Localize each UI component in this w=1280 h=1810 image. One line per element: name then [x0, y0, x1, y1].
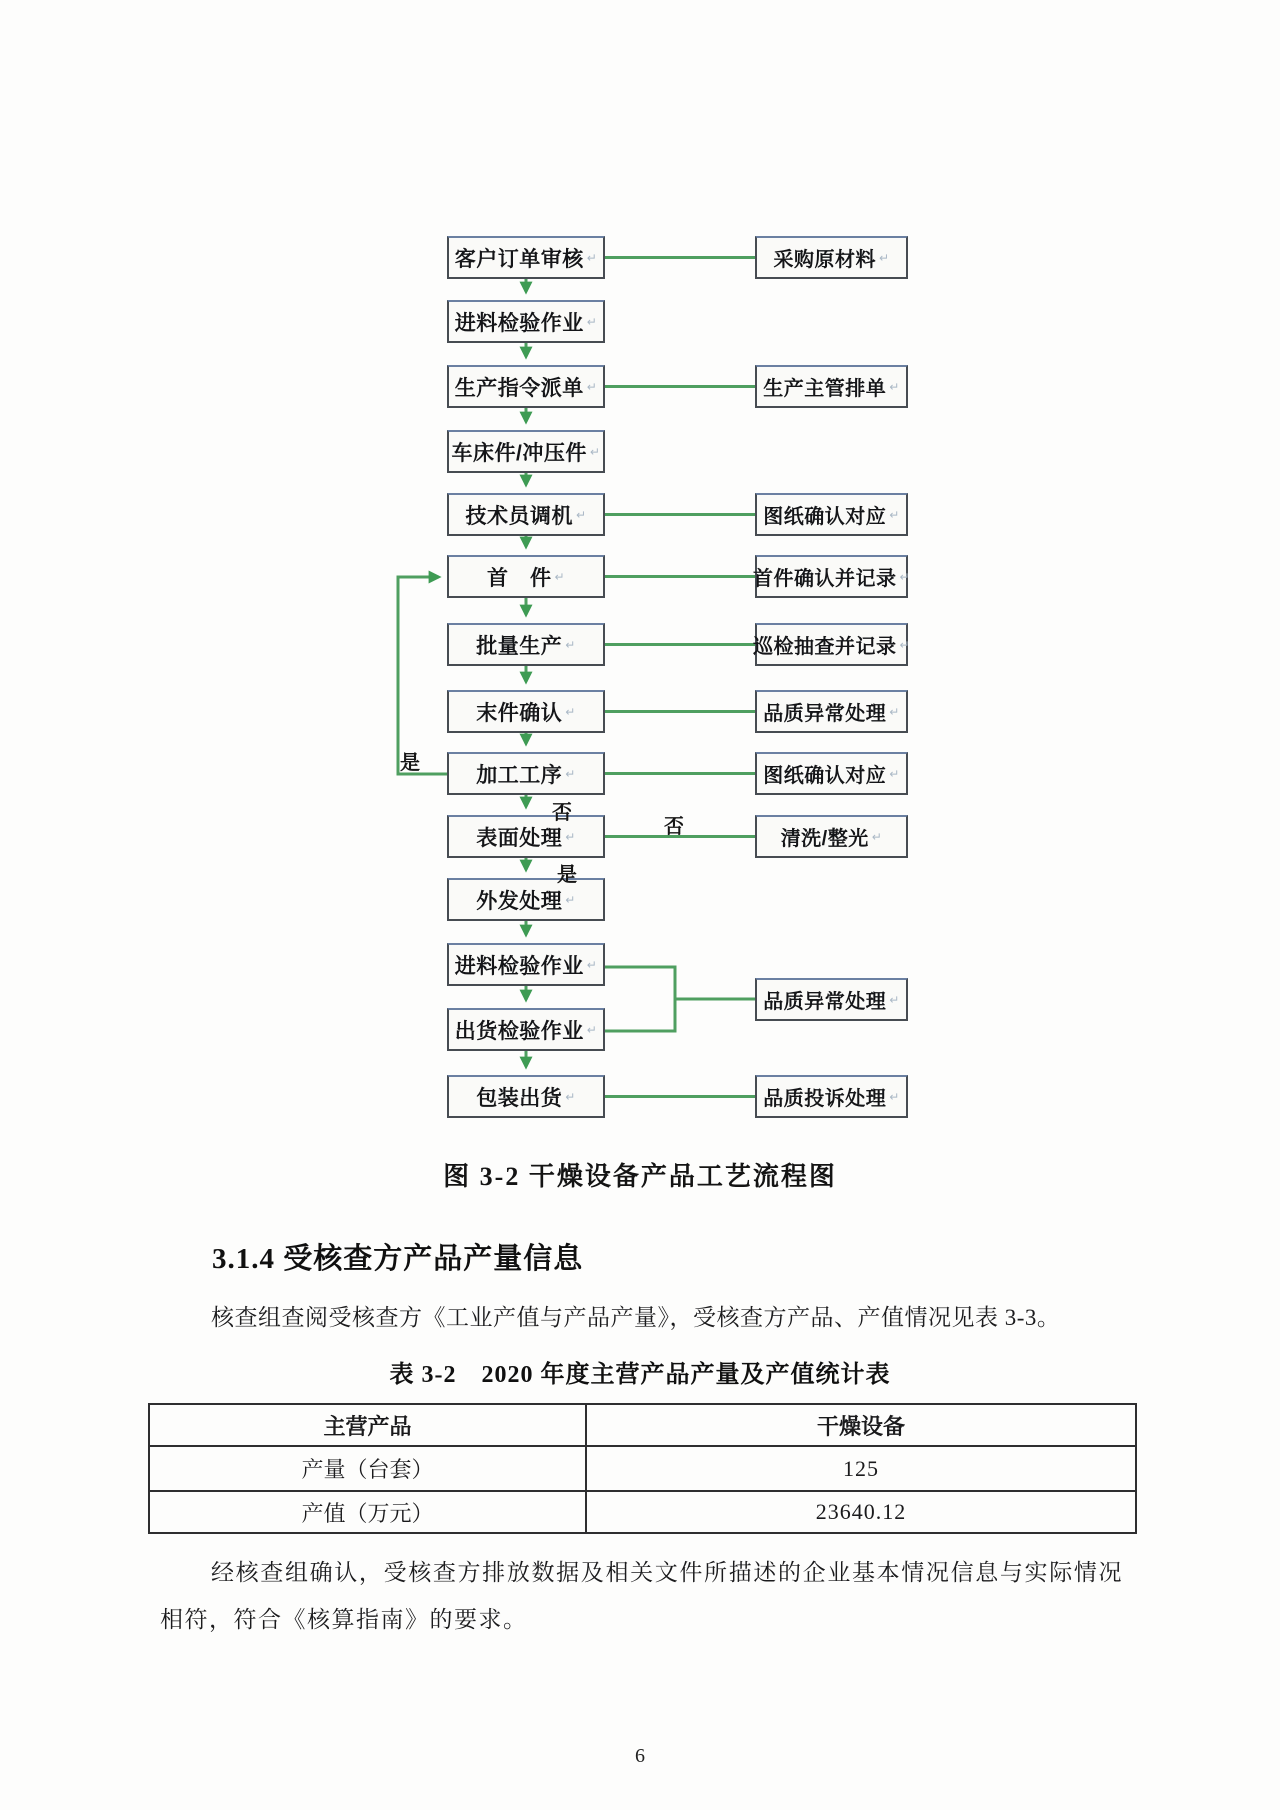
flow-box-right-1: 生产主管排单↵ — [755, 365, 908, 408]
flow-box-right-2: 图纸确认对应↵ — [755, 493, 908, 536]
table-row: 产量（台套） 125 — [149, 1446, 1136, 1491]
figure-caption: 图 3-2 干燥设备产品工艺流程图 — [0, 1156, 1280, 1193]
return-mark: ↵ — [590, 445, 601, 459]
return-mark: ↵ — [889, 705, 900, 719]
return-mark: ↵ — [587, 380, 598, 394]
return-mark: ↵ — [565, 767, 576, 781]
flow-box-left-4: 技术员调机↵ — [447, 493, 605, 536]
return-mark: ↵ — [565, 893, 576, 907]
flow-box-left-0: 客户订单审核↵ — [447, 236, 605, 279]
flow-horizontal-connectors — [605, 258, 755, 1097]
return-mark: ↵ — [879, 251, 890, 265]
return-mark: ↵ — [889, 1090, 900, 1104]
page-number: 6 — [0, 1745, 1280, 1768]
flow-box-left-7: 末件确认↵ — [447, 690, 605, 733]
table-header-drying-equipment: 干燥设备 — [586, 1404, 1136, 1446]
table-header-row: 主营产品 干燥设备 — [149, 1404, 1136, 1446]
return-mark: ↵ — [565, 638, 576, 652]
flow-box-left-10: 外发处理↵ — [447, 878, 605, 921]
flow-box-right-0: 采购原材料↵ — [755, 236, 908, 279]
return-mark: ↵ — [565, 830, 576, 844]
product-output-table: 主营产品 干燥设备 产量（台套） 125 产值（万元） 23640.12 — [148, 1403, 1137, 1534]
flow-junction — [605, 967, 755, 1031]
flow-box-left-8: 加工工序↵ — [447, 752, 605, 795]
return-mark: ↵ — [889, 508, 900, 522]
flow-box-left-13: 包装出货↵ — [447, 1075, 605, 1118]
section-heading: 3.1.4 受核查方产品产量信息 — [212, 1236, 583, 1277]
flow-box-left-3: 车床件/冲压件↵ — [447, 430, 605, 473]
flow-box-left-1: 进料检验作业↵ — [447, 300, 605, 343]
return-mark: ↵ — [899, 638, 910, 652]
flow-box-left-6: 批量生产↵ — [447, 623, 605, 666]
return-mark: ↵ — [587, 251, 598, 265]
document-page: 客户订单审核↵ 进料检验作业↵ 生产指令派单↵ 车床件/冲压件↵ 技术员调机↵ … — [0, 0, 1280, 1810]
table-cell-value-label: 产值（万元） — [149, 1491, 586, 1533]
flow-box-right-3: 首件确认并记录↵ — [755, 555, 908, 598]
flow-loop-arrow — [398, 577, 447, 774]
flow-box-right-7: 清洗/整光↵ — [755, 815, 908, 858]
process-flowchart: 客户订单审核↵ 进料检验作业↵ 生产指令派单↵ 车床件/冲压件↵ 技术员调机↵ … — [340, 190, 960, 1135]
flow-box-left-5: 首 件↵ — [447, 555, 605, 598]
table-cell-value-value: 23640.12 — [586, 1491, 1136, 1533]
flow-box-left-2: 生产指令派单↵ — [447, 365, 605, 408]
table-header-main-product: 主营产品 — [149, 1404, 586, 1446]
flow-box-right-9: 品质投诉处理↵ — [755, 1075, 908, 1118]
return-mark: ↵ — [872, 830, 883, 844]
return-mark: ↵ — [889, 767, 900, 781]
return-mark: ↵ — [889, 380, 900, 394]
decision-label-no-down: 否 — [552, 796, 572, 825]
flow-box-left-11: 进料检验作业↵ — [447, 943, 605, 986]
decision-label-no-right: 否 — [664, 810, 684, 839]
flow-box-right-4: 巡检抽查并记录↵ — [755, 623, 908, 666]
table-cell-output-value: 125 — [586, 1446, 1136, 1491]
flow-box-right-5: 品质异常处理↵ — [755, 690, 908, 733]
return-mark: ↵ — [565, 705, 576, 719]
return-mark: ↵ — [565, 1090, 576, 1104]
return-mark: ↵ — [576, 508, 587, 522]
flow-box-right-6: 图纸确认对应↵ — [755, 752, 908, 795]
return-mark: ↵ — [899, 570, 910, 584]
flow-box-left-9: 表面处理↵ — [447, 815, 605, 858]
decision-label-yes-down: 是 — [557, 858, 577, 887]
return-mark: ↵ — [587, 958, 598, 972]
body-paragraph-1: 核查组查阅受核查方《工业产值与产品产量》，受核查方产品、产值情况见表 3-3。 — [160, 1300, 1125, 1336]
body-paragraph-2: 经核查组确认，受核查方排放数据及相关文件所描述的企业基本情况信息与实际情况相符，… — [160, 1549, 1123, 1643]
flow-box-left-12: 出货检验作业↵ — [447, 1008, 605, 1051]
return-mark: ↵ — [889, 993, 900, 1007]
return-mark: ↵ — [587, 315, 598, 329]
table-row: 产值（万元） 23640.12 — [149, 1491, 1136, 1533]
flow-box-right-8: 品质异常处理↵ — [755, 978, 908, 1021]
table-cell-output-label: 产量（台套） — [149, 1446, 586, 1491]
return-mark: ↵ — [554, 570, 565, 584]
table-caption: 表 3-2 2020 年度主营产品产量及产值统计表 — [0, 1354, 1280, 1389]
decision-label-yes-loop: 是 — [400, 746, 420, 775]
return-mark: ↵ — [587, 1023, 598, 1037]
